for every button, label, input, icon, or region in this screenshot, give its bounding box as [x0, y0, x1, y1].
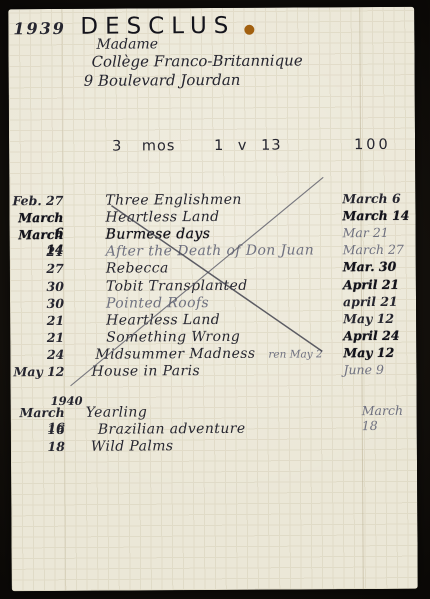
book-title: Burmese days [106, 226, 211, 243]
book-title: After the Death of Don Juan [106, 243, 315, 260]
checkout-date: 18 [11, 439, 65, 454]
checkout-date: 21 [10, 244, 64, 259]
checkout-date: 21 [10, 313, 64, 328]
book-title: Something Wrong [106, 329, 240, 346]
book-title: Heartless Land [105, 209, 219, 226]
scan-background: 1939 DESCLUS Madame Collège Franco-Brita… [0, 0, 430, 599]
return-date: March 14 [342, 208, 409, 223]
library-lending-card: 1939 DESCLUS Madame Collège Franco-Brita… [8, 7, 418, 591]
return-date: March 6 [342, 191, 400, 206]
return-date: april 21 [343, 293, 398, 308]
book-title: Rebecca [106, 261, 169, 277]
ledger-entries: Feb. 27Three EnglishmenMarch 6March 6Hea… [8, 7, 418, 591]
checkout-date: 24 [10, 347, 64, 362]
book-title: Tobit Transplanted [106, 277, 248, 294]
return-date: April 24 [343, 328, 399, 343]
checkout-date: Feb. 27 [9, 193, 63, 208]
return-date: April 21 [343, 276, 399, 291]
ledger-row: 18Wild Palms [11, 437, 417, 456]
checkout-date: 21 [10, 330, 64, 345]
book-title: House in Paris [91, 363, 200, 380]
book-title: Heartless Land [106, 312, 220, 329]
renewal-note: ren May 2 [268, 348, 322, 360]
checkout-date: 27 [10, 261, 64, 276]
return-date: March 27 [343, 242, 404, 257]
book-title: Pointed Roofs [106, 295, 209, 312]
return-date: Mar 21 [343, 225, 389, 240]
checkout-date: May 12 [10, 364, 64, 379]
ledger-row: May 12House in ParisJune 9 [10, 362, 416, 381]
return-date: Mar. 30 [343, 259, 397, 274]
return-date: June 9 [343, 362, 384, 377]
book-title: Midsummer Madness [95, 346, 255, 363]
return-date: May 12 [343, 345, 394, 360]
book-title: Wild Palms [91, 438, 174, 455]
book-title: Three Englishmen [105, 192, 242, 209]
book-title: Yearling [86, 404, 148, 420]
book-title: Brazilian adventure [98, 421, 246, 438]
return-date: May 12 [343, 311, 394, 326]
checkout-date: 30 [10, 278, 64, 293]
checkout-date: 30 [10, 296, 64, 311]
checkout-date: 16 [11, 422, 65, 437]
